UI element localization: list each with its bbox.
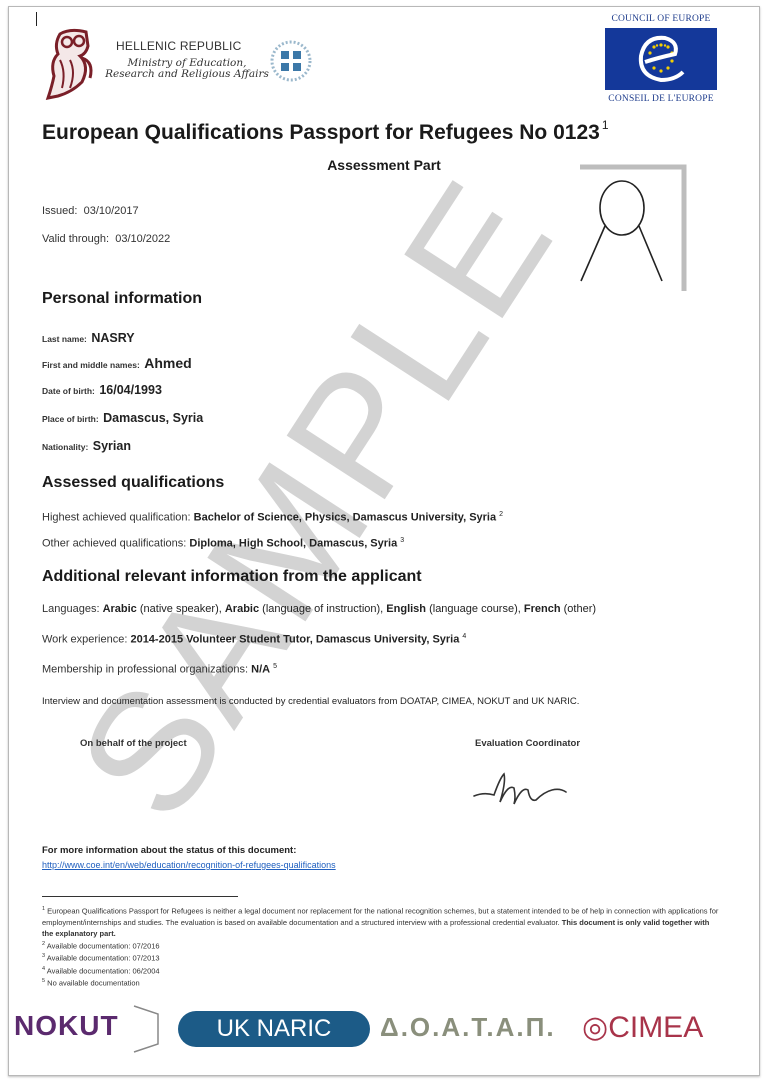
field-value: NASRY bbox=[91, 331, 134, 345]
field-value: 16/04/1993 bbox=[99, 383, 162, 397]
field-label: Place of birth: bbox=[42, 414, 99, 424]
nokut-hexagon-icon bbox=[128, 1004, 168, 1054]
nokut-logo: NOKUT bbox=[14, 1010, 119, 1042]
language-name: English bbox=[386, 603, 426, 615]
conseil-de-leurope-label: CONSEIL DE L'EUROPE bbox=[605, 94, 717, 104]
document-title-text: European Qualifications Passport for Ref… bbox=[42, 121, 600, 144]
more-info-link[interactable]: http://www.coe.int/en/web/education/reco… bbox=[42, 860, 336, 870]
valid-label: Valid through: bbox=[42, 233, 109, 245]
issued-date: Issued: 03/10/2017 bbox=[42, 205, 139, 217]
assessed-qualifications-heading: Assessed qualifications bbox=[42, 474, 224, 492]
cimea-spiral-icon: ◎ bbox=[582, 1011, 608, 1044]
text-cursor bbox=[36, 12, 37, 26]
field-label: Nationality: bbox=[42, 442, 88, 452]
additional-information-heading: Additional relevant information from the… bbox=[42, 568, 422, 586]
language-level: (other) bbox=[561, 603, 596, 615]
field-first-names: First and middle names: Ahmed bbox=[42, 355, 192, 373]
doatap-logo: Δ.Ο.Α.Τ.Α.Π. bbox=[380, 1012, 556, 1043]
evaluation-coordinator-label: Evaluation Coordinator bbox=[475, 738, 580, 749]
document-title: European Qualifications Passport for Ref… bbox=[42, 118, 609, 145]
field-nationality: Nationality: Syrian bbox=[42, 437, 131, 455]
languages-value: Arabic (native speaker), Arabic (languag… bbox=[103, 603, 596, 615]
language-level: (language of instruction), bbox=[259, 603, 386, 615]
footnote-1: 1 European Qualifications Passport for R… bbox=[42, 904, 722, 939]
language-level: (native speaker), bbox=[137, 603, 225, 615]
issued-value: 03/10/2017 bbox=[84, 205, 139, 217]
language-name: French bbox=[524, 603, 561, 615]
highest-qualification: Highest achieved qualification: Bachelor… bbox=[42, 511, 503, 524]
ministry-name: Ministry of Education, Research and Reli… bbox=[94, 58, 280, 80]
field-value: Damascus, Syria bbox=[103, 411, 203, 425]
qualification-label: Highest achieved qualification: bbox=[42, 512, 191, 524]
footnote-number: 5 bbox=[42, 978, 45, 984]
footnotes: 1 European Qualifications Passport for R… bbox=[42, 904, 722, 989]
footnote-ref: 1 bbox=[602, 118, 609, 132]
personal-information-heading: Personal information bbox=[42, 290, 202, 308]
footnote-2: 2 Available documentation: 07/2016 bbox=[42, 939, 722, 952]
field-label: First and middle names: bbox=[42, 360, 140, 370]
issued-label: Issued: bbox=[42, 205, 77, 217]
work-value: 2014-2015 Volunteer Student Tutor, Damas… bbox=[130, 634, 459, 646]
language-name: Arabic bbox=[103, 603, 137, 615]
cimea-logo: ◎CIMEA bbox=[582, 1010, 703, 1045]
footnote-text: Available documentation: 06/2004 bbox=[47, 966, 160, 975]
handwritten-signature-icon bbox=[470, 768, 580, 818]
footnote-ref: 4 bbox=[462, 633, 466, 640]
field-value: Syrian bbox=[93, 439, 131, 453]
footnote-number: 4 bbox=[42, 966, 45, 972]
footnote-text: No available documentation bbox=[47, 979, 140, 988]
council-of-europe-flag-icon bbox=[605, 28, 717, 90]
language-name: Arabic bbox=[225, 603, 259, 615]
footnote-number: 1 bbox=[42, 906, 45, 912]
more-info-text: For more information about the status of… bbox=[42, 845, 296, 856]
uk-naric-text: UK NARIC bbox=[217, 1015, 332, 1043]
footnote-ref: 3 bbox=[400, 537, 404, 544]
membership-label: Membership in professional organizations… bbox=[42, 664, 248, 676]
membership-value: N/A bbox=[251, 664, 270, 676]
footnote-text: Available documentation: 07/2016 bbox=[47, 941, 160, 950]
footnote-5: 5 No available documentation bbox=[42, 976, 722, 989]
hellenic-republic-title: HELLENIC REPUBLIC bbox=[116, 39, 241, 53]
valid-through-date: Valid through: 03/10/2022 bbox=[42, 233, 170, 245]
valid-value: 03/10/2022 bbox=[115, 233, 170, 245]
cimea-text: CIMEA bbox=[608, 1011, 703, 1044]
work-experience: Work experience: 2014-2015 Volunteer Stu… bbox=[42, 633, 466, 646]
footnote-ref: 5 bbox=[273, 663, 277, 670]
qualification-value: Diploma, High School, Damascus, Syria bbox=[189, 538, 397, 550]
field-label: Date of birth: bbox=[42, 386, 95, 396]
footnote-text: Available documentation: 07/2013 bbox=[47, 954, 160, 963]
assessment-note: Interview and documentation assessment i… bbox=[42, 694, 722, 709]
field-date-of-birth: Date of birth: 16/04/1993 bbox=[42, 381, 162, 399]
work-label: Work experience: bbox=[42, 634, 127, 646]
other-qualifications: Other achieved qualifications: Diploma, … bbox=[42, 537, 404, 550]
council-of-europe-label: COUNCIL OF EUROPE bbox=[605, 14, 717, 24]
footnote-ref: 2 bbox=[499, 511, 503, 518]
greek-emblem-icon bbox=[270, 40, 312, 82]
languages-label: Languages: bbox=[42, 603, 100, 615]
language-level: (language course), bbox=[426, 603, 524, 615]
person-silhouette-icon bbox=[578, 163, 688, 291]
footnote-3: 3 Available documentation: 07/2013 bbox=[42, 951, 722, 964]
uk-naric-logo: UK NARIC bbox=[178, 1011, 370, 1047]
footnote-number: 2 bbox=[42, 941, 45, 947]
footnote-4: 4 Available documentation: 06/2004 bbox=[42, 964, 722, 977]
footnote-number: 3 bbox=[42, 953, 45, 959]
field-place-of-birth: Place of birth: Damascus, Syria bbox=[42, 409, 203, 427]
qualification-label: Other achieved qualifications: bbox=[42, 538, 186, 550]
field-value: Ahmed bbox=[144, 355, 191, 371]
languages: Languages: Arabic (native speaker), Arab… bbox=[42, 603, 596, 615]
qualification-value: Bachelor of Science, Physics, Damascus U… bbox=[194, 512, 496, 524]
footnote-divider bbox=[42, 896, 238, 897]
ministry-line-2: Research and Religious Affairs bbox=[94, 69, 280, 80]
field-label: Last name: bbox=[42, 334, 87, 344]
membership: Membership in professional organizations… bbox=[42, 663, 277, 676]
on-behalf-label: On behalf of the project bbox=[80, 738, 187, 749]
owl-icon bbox=[42, 26, 98, 100]
field-last-name: Last name: NASRY bbox=[42, 329, 135, 347]
